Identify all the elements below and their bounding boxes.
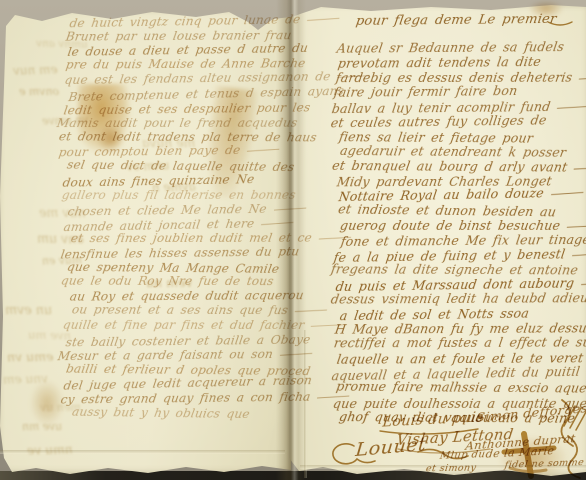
- manuscript-photo: umnv anvem nuvonvm evn umveme nuvaunm ev…: [0, 0, 586, 480]
- manuscript-right-page: [289, 2, 586, 478]
- manuscript-left-page: [0, 6, 291, 476]
- table-shadow-strip: [0, 471, 586, 480]
